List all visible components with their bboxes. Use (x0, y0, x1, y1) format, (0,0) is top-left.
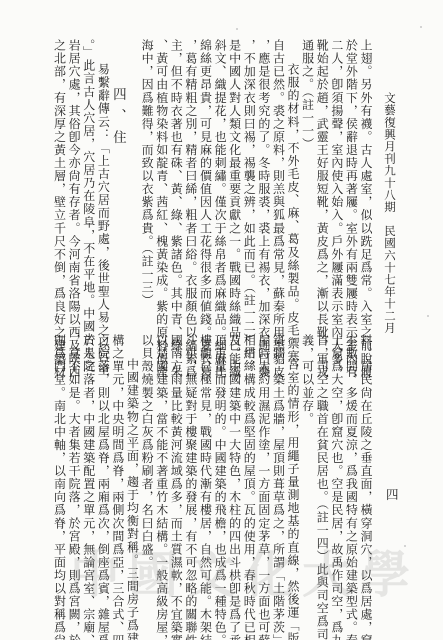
text-column: 及。中國建築中一大特色，木柱的四出斗栱卽是爲了承擔瓦 (227, 334, 242, 614)
text-column: 綿絲更昂貴，可見麻的價值因人工花得很多而値錢。夏衣葛 (198, 39, 213, 319)
text-column: 於是院落者，中國建築配置之單元，無論宮室、宗廟、民居 (81, 334, 96, 614)
lower-text-block: 料。居民尙在丘陵之垂直面，橫穿洞穴，以爲居處，窟中隔室數間，多煖而夏涼，爲我國特… (52, 334, 373, 614)
text-column: 海中，因爲難得，而致以衣紫爲貴。（註一三） (140, 39, 155, 319)
text-column: 衣服的材料，不外毛皮、麻、葛及絲製品。皮毛禦寒， (285, 39, 300, 319)
issue-date: 民國六十七年十二月 (383, 225, 397, 334)
text-column: 自古已然。裘之原料，則羔與狐最爲常見，蘇秦所用黑貂皮 (271, 39, 286, 319)
text-column: 上翅。另外有襪。古人處室，似以跣足爲常。入室之前脫履 (358, 39, 373, 319)
text-column: 則爲門堂。南北中軸，以南向爲脊，平面均以對稱爲尙。（ (52, 334, 67, 614)
running-header: 文藝復興月刊九十八期民國六十七年十二月 (383, 92, 397, 334)
text-column: 是中國人對人類文化最重要貢獻之一。戰國時絲織品已能織 (227, 39, 242, 319)
text-column: ，應是很考究的了。冬時服裘，裘上有裼衣，加深衣則曰襲 (256, 39, 271, 319)
scan-speck (236, 28, 238, 30)
text-column: 。」此言古人穴居，穴居乃在陵阜，不在平地。中國古人之 (81, 39, 96, 319)
text-column: 以貝殼燒製之白灰爲粉刷者，名曰白盛。 (140, 334, 155, 614)
text-column: 屋時大約用濕泥作塗，一方面固定茅草，一方面也可蘚草泥 (256, 334, 271, 614)
text-column: 構之單元，中央明間爲脊，兩側次間爲亞，三合式、四合式 (110, 334, 125, 614)
section-heading: 四、住 (110, 39, 125, 319)
upper-text-block: 上翅。另外有襪。古人處室，似以跣足爲常。入室之前脫履於堂外階下，侯辭退時再著屨。… (52, 39, 373, 319)
scan-speck (420, 26, 422, 28)
text-column: 於堂外階下，侯辭退時再著屨。室外有兩雙屨時表示室內有 (344, 39, 359, 319)
text-column: 室數間，多煖而夏涼，爲我國特有之原始建築型式。秦人呼 (344, 334, 359, 614)
page-number: 四 (386, 485, 399, 503)
text-column: 築牆。築土爲牆，屋頂則葺草爲之，所謂「土階茅茨」。葺 (271, 334, 286, 614)
text-column: 義，可以並存。 (300, 334, 315, 614)
text-column: 、黃可由植物染料如靛青、茜紅、槐黃染成。紫的原料似產 (154, 39, 169, 319)
text-column: 土窟爲大空，卽窟穴也。空是民居，故禹作司空，爲九官之 (329, 334, 344, 614)
text-column: 首，司空之職首在貧民居也。（註一四）此與司空爲司工之 (315, 334, 330, 614)
text-column: 斗栱，無疑對于樓聚建築的發展，有不可忽略的關聯性。中 (183, 334, 198, 614)
text-column: 以楚國建築，當不能不著重竹木結構。一般高級房屋，其有 (154, 334, 169, 614)
scanned-page: 文藝復興月刊九十八期民國六十七年十二月 上翅。另外有襪。古人處室，似以跣足爲常。… (0, 0, 443, 640)
text-column: ，莫不如是。大者集若干院落，於宮殿，則爲宮闕，於民居 (67, 334, 82, 614)
text-column: 之北部，有深厚之黃土層，壁立千尺不倒，爲良好之建築材 (52, 39, 67, 319)
text-column: 樓觀已極常見，戰國時代漸有樓居，自然可能。木架結構的 (198, 334, 213, 614)
journal-title: 文藝復興月刊九十八期 (383, 92, 397, 213)
text-column: 二人，卽須揚聲，室內使入始入。戶外屨滿表示室內人多。 (329, 39, 344, 319)
text-column: 主，但不時衣著也有硃、黃、綠、紫諸色。其中青、綠、朱 (169, 39, 184, 319)
text-column: 之院落，則以北屋爲脊，兩廂爲次，倒座爲賓，雜屋爲附。 (96, 334, 111, 614)
text-column: 宮室的情形，用繩子量測地基的直線，然後運「版」來 (285, 334, 300, 614)
text-column: ，葛有精粗之別，精者曰絺，粗者曰綌。衣服顏色以縞素爲 (183, 39, 198, 319)
text-column: 靴始起於趙，武靈王好服短靴，黃皮爲之，漸以長靴，軍戎 (315, 39, 330, 319)
text-column: 頂重量而發明的。中國建築的飛檐，也成爲一種特色。漢代 (212, 334, 227, 614)
text-column: 國南方雨量比較黃河流域爲多，而土質濕軟，不宜築實。是 (169, 334, 184, 614)
text-column: 通服之。（註一一） (300, 39, 315, 319)
text-column: ，不加深衣則曰裼，裼襲之辨，如此而已。（註一二）用絲 (242, 39, 257, 319)
text-column: 相結，構成較爲堅固的屋頂。瓦的使用，春秋時代已相當普 (242, 334, 257, 614)
scan-speck (404, 545, 406, 547)
scan-speck (427, 315, 429, 317)
text-column: 斜文、織提花，也能刺繡。僅次于絲帛者爲麻織品。細麻比 (212, 39, 227, 319)
text-column: 岩居穴處，其俗卽今亦尙有存者。今河南省洛陽以西及陝西 (67, 39, 82, 319)
text-column: 中國建築物之平面，趨于均衡對稱。三間房子爲建築結 (125, 334, 140, 614)
text-column: 料。居民尙在丘陵之垂直面，橫穿洞穴，以爲居處，窟中隔 (358, 334, 373, 614)
text-column: 易繫辭傳云：「上古穴居而野處，後世聖人易之以宮室 (96, 39, 111, 319)
